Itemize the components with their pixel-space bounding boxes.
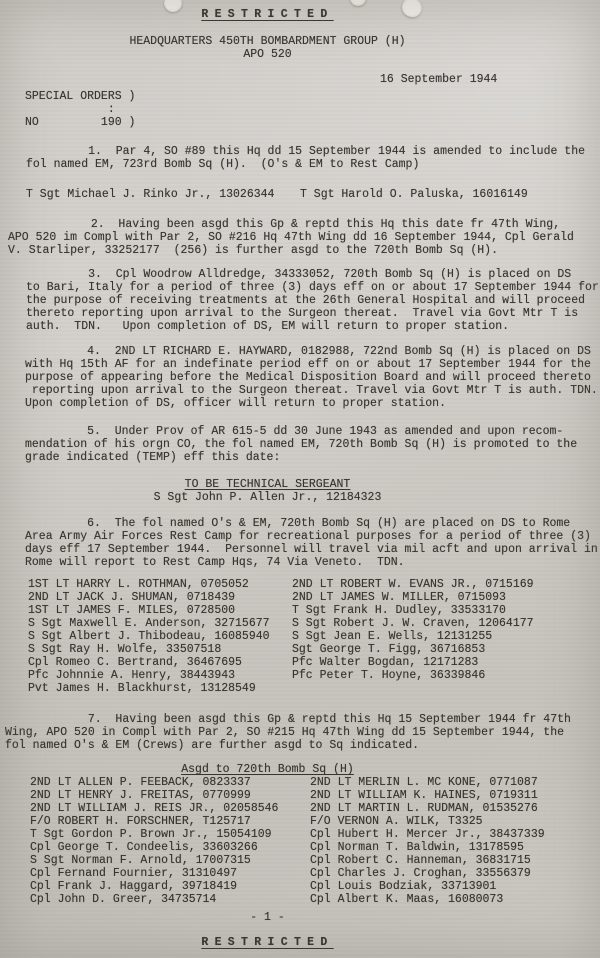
paragraph-5: 5. Under Prov of AR 615-5 dd 30 June 194…: [25, 425, 600, 464]
roster-row: Cpl George T. Condeelis, 33603266 Cpl No…: [30, 841, 600, 854]
roster-name-left: 2ND LT JACK J. SHUMAN, 0718439: [28, 591, 292, 604]
header-apo: APO 520: [0, 48, 535, 61]
order-date: 16 September 1944: [380, 73, 600, 86]
roster-row: S Sgt Ray H. Wolfe, 33507518 Sgt George …: [28, 643, 600, 656]
roster-row: Cpl Romeo C. Bertrand, 36467695 Pfc Walt…: [28, 656, 600, 669]
roster-name-left: S Sgt Ray H. Wolfe, 33507518: [28, 643, 292, 656]
roster-row: T Sgt Michael J. Rinko Jr., 13026344 T S…: [26, 188, 600, 201]
paragraph-7: 7. Having been asgd this Gp & reptd this…: [5, 713, 600, 752]
roster-name-left: 1ST LT HARRY L. ROTHMAN, 0705052: [28, 578, 292, 591]
paragraph-2: 2. Having been asgd this Gp & reptd this…: [8, 218, 600, 257]
roster-name-right: S Sgt Robert J. W. Craven, 12064177: [292, 617, 534, 630]
roster-row: 2ND LT JACK J. SHUMAN, 0718439 2ND LT JA…: [28, 591, 600, 604]
promotion-heading: TO BE TECHNICAL SERGEANT: [0, 478, 535, 491]
roster-row: 2ND LT HENRY J. FREITAS, 0770999 2ND LT …: [30, 789, 600, 802]
roster-row: Cpl Fernand Fournier, 31310497 Cpl Charl…: [30, 867, 600, 880]
roster-name-right: Cpl Albert K. Maas, 16080073: [310, 893, 503, 906]
roster-row: Cpl John D. Greer, 34735714 Cpl Albert K…: [30, 893, 600, 906]
roster-name-right: 2ND LT MERLIN L. MC KONE, 0771087: [310, 776, 538, 789]
roster-row: S Sgt Albert J. Thibodeau, 16085940 S Sg…: [28, 630, 600, 643]
roster-name-right: 2ND LT MARTIN L. RUDMAN, 01535276: [310, 802, 538, 815]
roster-name-left: Cpl Romeo C. Bertrand, 36467695: [28, 656, 292, 669]
paragraph-4: 4. 2ND LT RICHARD E. HAYWARD, 0182988, 7…: [25, 345, 600, 410]
promotion-name: S Sgt John P. Allen Jr., 12184323: [0, 491, 535, 504]
roster-row: Pfc Johnnie A. Henry, 38443943 Pfc Peter…: [28, 669, 600, 682]
roster-name-right: 2ND LT JAMES W. MILLER, 0715093: [292, 591, 506, 604]
roster-name-right: Cpl Robert C. Hanneman, 36831715: [310, 854, 531, 867]
roster-name-left: 2ND LT ALLEN P. FEEBACK, 0823337: [30, 776, 310, 789]
roster-name-left: Cpl Fernand Fournier, 31310497: [30, 867, 310, 880]
roster-name-left: Cpl Frank J. Haggard, 39718419: [30, 880, 310, 893]
roster-row: T Sgt Gordon P. Brown Jr., 15054109 Cpl …: [30, 828, 600, 841]
roster-amendment: T Sgt Michael J. Rinko Jr., 13026344 T S…: [26, 188, 600, 201]
roster-row: 1ST LT HARRY L. ROTHMAN, 0705052 2ND LT …: [28, 578, 600, 591]
paragraph-3: 3. Cpl Woodrow Alldredge, 34333052, 720t…: [26, 268, 600, 333]
roster-name-left: 2ND LT HENRY J. FREITAS, 0770999: [30, 789, 310, 802]
roster-row: 2ND LT ALLEN P. FEEBACK, 0823337 2ND LT …: [30, 776, 600, 789]
roster-name-right: Cpl Louis Bodziak, 33713901: [310, 880, 496, 893]
roster-name-left: S Sgt Norman F. Arnold, 17007315: [30, 854, 310, 867]
roster-name-left: T Sgt Michael J. Rinko Jr., 13026344: [26, 188, 300, 201]
page-number: - 1 -: [0, 911, 535, 924]
roster-name-left: 1ST LT JAMES F. MILES, 0728500: [28, 604, 292, 617]
roster-name-right: F/O VERNON A. WILK, T3325: [310, 815, 483, 828]
roster-row: S Sgt Norman F. Arnold, 17007315 Cpl Rob…: [30, 854, 600, 867]
roster-rest-camp: 1ST LT HARRY L. ROTHMAN, 0705052 2ND LT …: [28, 578, 600, 695]
punch-hole: [350, 0, 366, 6]
roster-name-left: Pfc Johnnie A. Henry, 38443943: [28, 669, 292, 682]
roster-name-right: 2ND LT ROBERT W. EVANS JR., 0715169: [292, 578, 534, 591]
roster-name-right: Sgt George T. Figg, 36716853: [292, 643, 485, 656]
roster-name-right: Pfc Walter Bogdan, 12171283: [292, 656, 478, 669]
roster-row: S Sgt Maxwell E. Anderson, 32715677 S Sg…: [28, 617, 600, 630]
footer-classification: RESTRICTED: [0, 936, 535, 949]
roster-name-right: Cpl Norman T. Baldwin, 13178595: [310, 841, 524, 854]
roster-name-left: Cpl George T. Condeelis, 33603266: [30, 841, 310, 854]
special-orders-number: SPECIAL ORDERS ) : NO 190 ): [25, 90, 600, 129]
roster-name-left: F/O ROBERT H. FORSCHNER, T125717: [30, 815, 310, 828]
roster-name-left: 2ND LT WILLIAM J. REIS JR., 02058546: [30, 802, 310, 815]
paragraph-6: 6. The fol named O's & EM, 720th Bomb Sq…: [25, 517, 600, 569]
roster-name-right: 2ND LT WILLIAM K. HAINES, 0719311: [310, 789, 538, 802]
roster-row: F/O ROBERT H. FORSCHNER, T125717 F/O VER…: [30, 815, 600, 828]
roster-crews: 2ND LT ALLEN P. FEEBACK, 0823337 2ND LT …: [30, 776, 600, 906]
roster-name-right: Cpl Charles J. Croghan, 33556379: [310, 867, 531, 880]
roster-row: Cpl Frank J. Haggard, 39718419 Cpl Louis…: [30, 880, 600, 893]
document-page: RESTRICTED HEADQUARTERS 450TH BOMBARDMEN…: [0, 0, 600, 958]
roster-name-right: S Sgt Jean E. Wells, 12131255: [292, 630, 492, 643]
roster-row: 1ST LT JAMES F. MILES, 0728500 T Sgt Fra…: [28, 604, 600, 617]
roster-row: 2ND LT WILLIAM J. REIS JR., 02058546 2ND…: [30, 802, 600, 815]
roster-name-right: Cpl Hubert H. Mercer Jr., 38437339: [310, 828, 545, 841]
roster-name-left: S Sgt Maxwell E. Anderson, 32715677: [28, 617, 292, 630]
classification-header: RESTRICTED: [0, 8, 535, 21]
paragraph-1: 1. Par 4, SO #89 this Hq dd 15 September…: [26, 145, 600, 171]
header-organization: HEADQUARTERS 450TH BOMBARDMENT GROUP (H): [0, 35, 535, 48]
roster-name-right: T Sgt Harold O. Paluska, 16016149: [300, 188, 528, 201]
roster-name-left: T Sgt Gordon P. Brown Jr., 15054109: [30, 828, 310, 841]
roster-name-right: T Sgt Frank H. Dudley, 33533170: [292, 604, 506, 617]
roster-name-left: Pvt James H. Blackhurst, 13128549: [28, 682, 292, 695]
crews-roster-heading: Asgd to 720th Bomb Sq (H): [0, 763, 535, 776]
roster-row: Pvt James H. Blackhurst, 13128549: [28, 682, 600, 695]
roster-name-right: Pfc Peter T. Hoyne, 36339846: [292, 669, 485, 682]
roster-name-left: S Sgt Albert J. Thibodeau, 16085940: [28, 630, 292, 643]
roster-name-left: Cpl John D. Greer, 34735714: [30, 893, 310, 906]
